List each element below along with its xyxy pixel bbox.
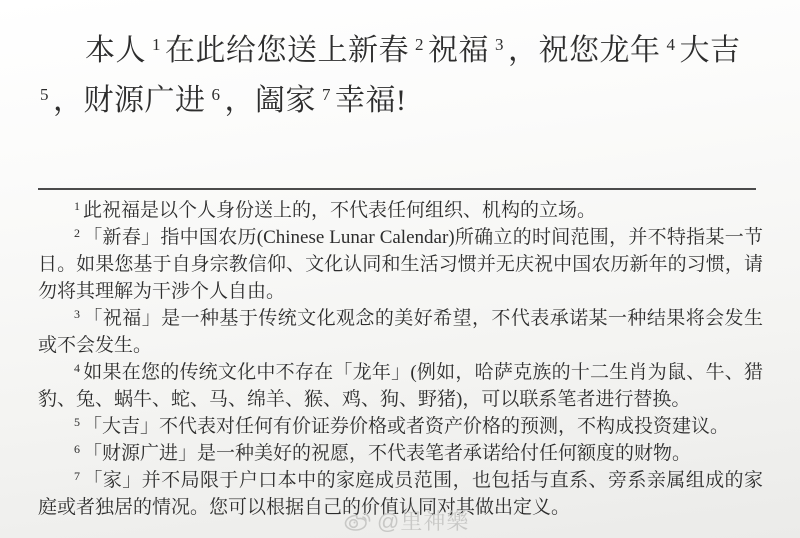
footnote-number: 7 [74,469,80,483]
greeting-footnote-ref: 2 [415,35,424,54]
footnote-item: 4如果在您的传统文化中不存在「龙年」(例如，哈萨克族的十二生肖为鼠、牛、猎豹、兔… [38,359,763,413]
footnote-number: 2 [74,226,80,240]
footnote-number: 3 [74,307,80,321]
greeting-footnote-ref: 3 [495,35,504,54]
footnote-number: 6 [74,442,80,456]
greeting-footnote-ref: 4 [667,35,676,54]
weibo-icon [343,507,372,533]
footnote-item: 5「大吉」不代表对任何有价证券价格或者资产价格的预测，不构成投资建议。 [38,413,763,440]
footnote-number: 1 [74,199,80,213]
footnote-item: 2「新春」指中国农历(Chinese Lunar Calendar)所确立的时间… [38,224,763,305]
footnote-item: 1此祝福是以个人身份送上的，不代表任何组织、机构的立场。 [38,197,763,224]
document-page: 本人1在此给您送上新春2祝福3，祝您龙年4大吉5，财源广进6，阖家7幸福! 1此… [0,0,800,538]
greeting-footnote-ref: 5 [40,85,49,104]
greeting-footnote-ref: 1 [152,35,161,54]
greeting-text: 本人1在此给您送上新春2祝福3，祝您龙年4大吉5，财源广进6，阖家7幸福! [34,26,764,126]
footnote-divider [38,188,756,190]
greeting-footnote-ref: 7 [322,85,331,104]
greeting-footnote-ref: 6 [212,85,221,104]
footnotes-section: 1此祝福是以个人身份送上的，不代表任何组织、机构的立场。2「新春」指中国农历(C… [38,197,763,521]
footnote-number: 4 [74,361,80,375]
footnote-item: 3「祝福」是一种基于传统文化观念的美好希望，不代表承诺某一种结果将会发生或不会发… [38,305,763,359]
watermark: @里神樂 [343,505,469,535]
footnote-item: 6「财源广进」是一种美好的祝愿，不代表笔者承诺给付任何额度的财物。 [38,440,763,467]
watermark-handle: @里神樂 [377,505,469,536]
document-content: 本人1在此给您送上新春2祝福3，祝您龙年4大吉5，财源广进6，阖家7幸福! 1此… [0,0,800,538]
footnote-number: 5 [74,415,80,429]
